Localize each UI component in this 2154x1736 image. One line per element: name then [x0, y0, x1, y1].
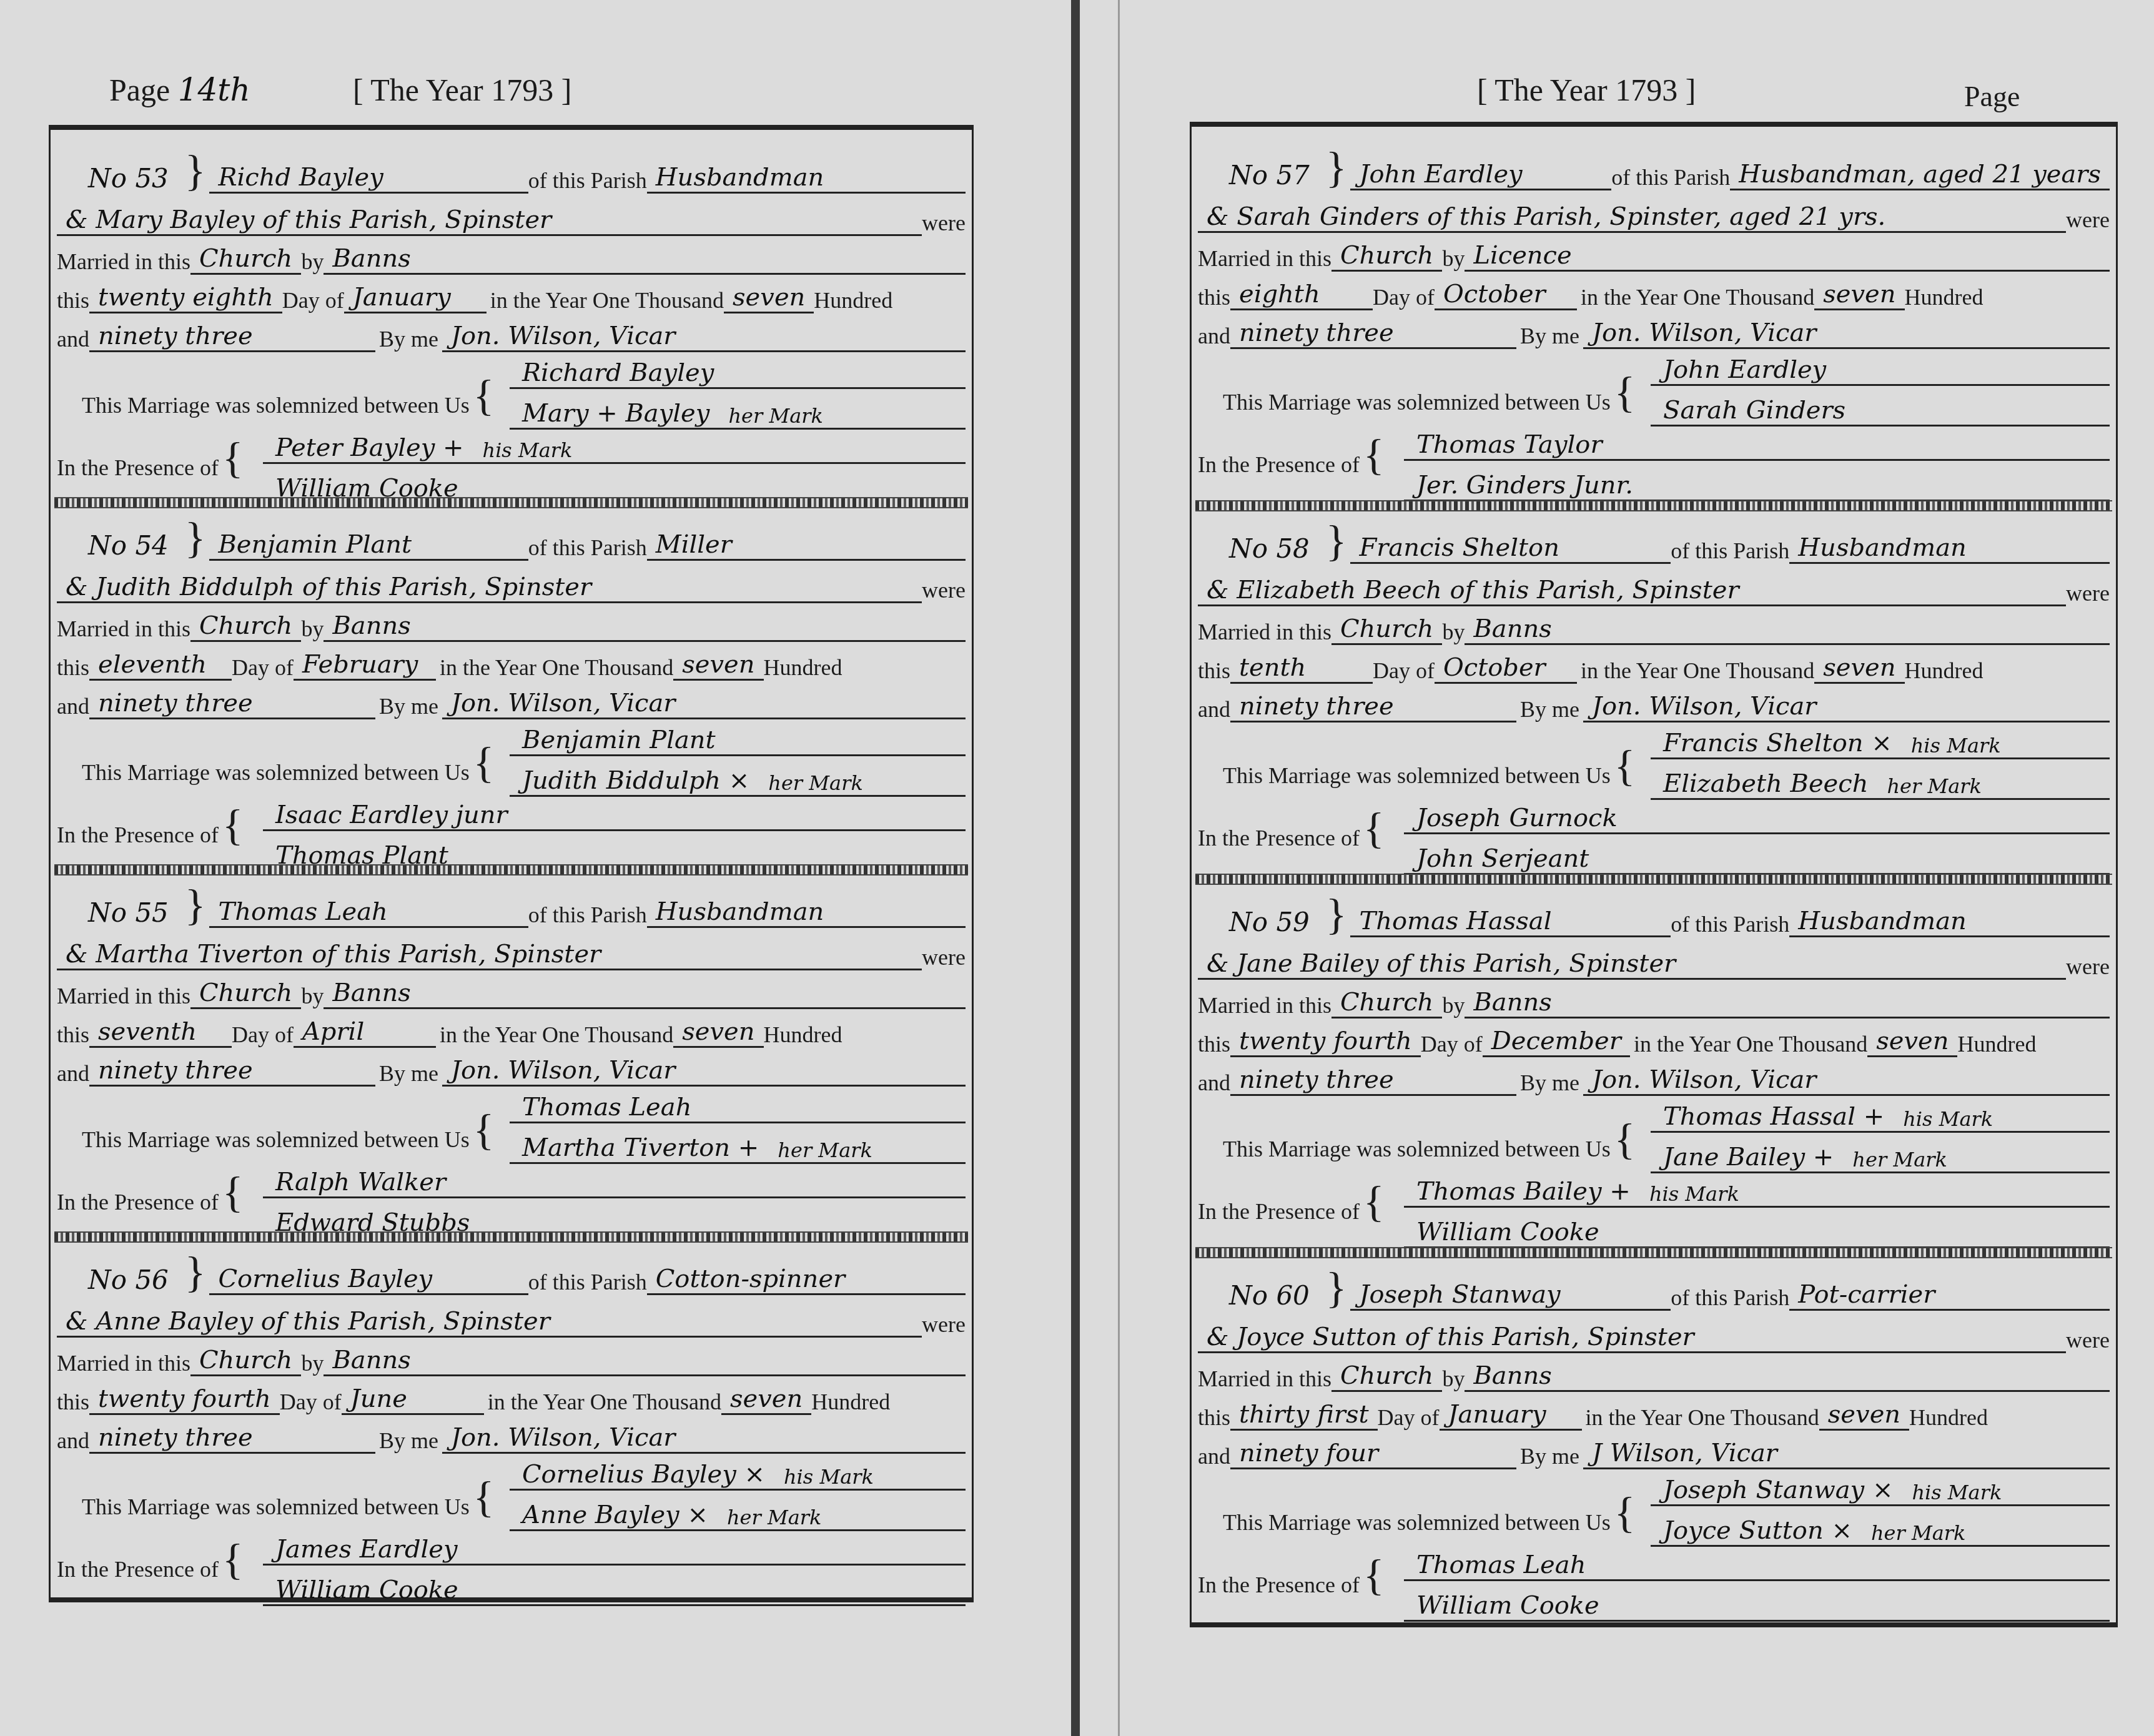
- signatures: John EardleySarah Ginders: [1651, 345, 2110, 427]
- groom-name: John Eardley: [1350, 160, 1611, 190]
- hundred-label: Hundred: [764, 1022, 842, 1048]
- signature-groom: Francis Shelton ×his Mark: [1651, 719, 2110, 759]
- this-label: this: [1198, 1031, 1230, 1057]
- officiant-field: Jon. Wilson, Vicar: [1583, 692, 2110, 723]
- hundred-label: Hundred: [1905, 658, 1984, 684]
- church-field: Church: [1331, 614, 1442, 645]
- married-in-label: Married in this: [57, 249, 190, 275]
- signature-groom: Thomas Leah: [510, 1083, 966, 1123]
- presence-label: In the Presence of: [57, 455, 219, 481]
- bride-line: & Elizabeth Beech of this Parish, Spinst…: [1198, 576, 2066, 606]
- groom-occupation: Husbandman: [1789, 533, 2110, 564]
- gutter-fold-line: [1118, 0, 1120, 1736]
- hundred-label: Hundred: [764, 654, 842, 681]
- bride-line: & Jane Bailey of this Parish, Spinster: [1198, 949, 2066, 980]
- brace-icon: {: [473, 1476, 495, 1520]
- entry-number: No 54: [88, 530, 169, 561]
- brace-icon: {: [1363, 1181, 1385, 1225]
- by-label: by: [1442, 992, 1465, 1018]
- of-this-parish-label: of this Parish: [528, 535, 647, 561]
- were-label: were: [922, 577, 966, 603]
- brace-icon: {: [222, 1539, 244, 1582]
- signature-groom: Joseph Stanway ×his Mark: [1651, 1466, 2110, 1506]
- century-field: seven: [721, 1384, 811, 1415]
- signature-groom: Cornelius Bayley ×his Mark: [510, 1450, 966, 1491]
- century-field: seven: [724, 283, 814, 313]
- century-field: seven: [673, 650, 763, 681]
- month-field: December: [1483, 1027, 1630, 1057]
- register-entry: No 57}John Eardleyof this ParishHusbandm…: [1192, 127, 2116, 500]
- signature-groom: John Eardley: [1651, 345, 2110, 386]
- ornamental-divider: [54, 497, 968, 508]
- groom-name: Benjamin Plant: [209, 530, 528, 561]
- by-me-label: By me: [379, 1060, 438, 1087]
- brace-icon: {: [222, 437, 244, 481]
- groom-name: Francis Shelton: [1350, 533, 1671, 564]
- ornamental-divider: [1195, 874, 2112, 885]
- and-label: and: [57, 326, 89, 352]
- signature-groom: Benjamin Plant: [510, 716, 966, 756]
- groom-name: Richd Bayley: [209, 163, 528, 194]
- married-in-label: Married in this: [1198, 245, 1331, 272]
- by-me-label: By me: [1520, 1443, 1579, 1469]
- day-of-label: Day of: [280, 1389, 342, 1415]
- brace-icon: {: [1363, 1554, 1385, 1598]
- left-page-header: Page 14th: [109, 72, 250, 108]
- witness-2: William Cooke: [1404, 1208, 2110, 1248]
- right-page-label: Page: [1964, 80, 2020, 113]
- and-label: and: [1198, 323, 1230, 349]
- hundred-label: Hundred: [811, 1389, 890, 1415]
- this-label: this: [57, 287, 89, 313]
- were-label: were: [2066, 580, 2110, 606]
- by-label: by: [301, 616, 324, 642]
- brace-icon: }: [185, 517, 206, 561]
- witness-1: Peter Bayley +his Mark: [263, 423, 966, 464]
- month-field: January: [344, 283, 487, 313]
- signatures: Thomas Hassal +his MarkJane Bailey +her …: [1651, 1092, 2110, 1173]
- brace-icon: {: [1614, 1118, 1636, 1162]
- of-this-parish-label: of this Parish: [1671, 911, 1789, 937]
- church-field: Church: [1331, 1361, 1442, 1392]
- in-the-year-label: in the Year One Thousand: [440, 1022, 673, 1048]
- presence-label: In the Presence of: [1198, 451, 1360, 478]
- by-me-label: By me: [1520, 1070, 1579, 1096]
- were-label: were: [922, 944, 966, 970]
- of-this-parish-label: of this Parish: [1671, 1285, 1789, 1311]
- signatures: Benjamin PlantJudith Biddulph ×her Mark: [510, 716, 966, 797]
- register-entry: No 54}Benjamin Plantof this ParishMiller…: [51, 497, 972, 864]
- this-label: this: [57, 654, 89, 681]
- and-label: and: [1198, 696, 1230, 723]
- banns-or-licence: Banns: [324, 611, 966, 642]
- year-words-field: ninety three: [1230, 692, 1516, 723]
- day-of-label: Day of: [1421, 1031, 1483, 1057]
- entry-number: No 60: [1229, 1280, 1310, 1311]
- church-field: Church: [190, 979, 301, 1009]
- solemnized-label: This Marriage was solemnized between Us: [1223, 1509, 1611, 1536]
- by-me-label: By me: [379, 693, 438, 719]
- by-label: by: [1442, 1366, 1465, 1392]
- month-field: January: [1440, 1400, 1582, 1431]
- by-me-label: By me: [1520, 696, 1579, 723]
- day-of-label: Day of: [232, 654, 294, 681]
- ornamental-divider: [54, 864, 968, 875]
- in-the-year-label: in the Year One Thousand: [1586, 1404, 1819, 1431]
- day-field: seventh: [89, 1017, 232, 1048]
- day-field: twenty fourth: [89, 1384, 280, 1415]
- were-label: were: [2066, 207, 2110, 233]
- signatures: Cornelius Bayley ×his MarkAnne Bayley ×h…: [510, 1450, 966, 1531]
- officiant-field: Jon. Wilson, Vicar: [1583, 318, 2110, 349]
- banns-or-licence: Banns: [1465, 1361, 2110, 1392]
- brace-icon: {: [1363, 807, 1385, 851]
- groom-occupation: Pot-carrier: [1789, 1280, 2110, 1311]
- year-words-field: ninety three: [89, 689, 375, 719]
- brace-icon: }: [1326, 1267, 1347, 1311]
- bride-line: & Anne Bayley of this Parish, Spinster: [57, 1307, 922, 1338]
- solemnized-label: This Marriage was solemnized between Us: [82, 392, 470, 418]
- this-label: this: [57, 1389, 89, 1415]
- banns-or-licence: Banns: [1465, 988, 2110, 1018]
- presence-label: In the Presence of: [1198, 825, 1360, 851]
- register-entry: No 55}Thomas Leahof this ParishHusbandma…: [51, 864, 972, 1231]
- register-entry: No 60}Joseph Stanwayof this ParishPot-ca…: [1192, 1247, 2116, 1620]
- month-field: October: [1435, 653, 1577, 684]
- witness-1: Thomas Leah: [1404, 1541, 2110, 1581]
- day-field: twenty eighth: [89, 283, 282, 313]
- brace-icon: }: [1326, 147, 1347, 190]
- year-words-field: ninety four: [1230, 1439, 1516, 1469]
- married-in-label: Married in this: [57, 616, 190, 642]
- by-label: by: [301, 1350, 324, 1376]
- hundred-label: Hundred: [1905, 284, 1984, 310]
- hundred-label: Hundred: [1957, 1031, 2036, 1057]
- year-words-field: ninety three: [89, 1423, 375, 1454]
- century-field: seven: [673, 1017, 763, 1048]
- married-in-label: Married in this: [1198, 992, 1331, 1018]
- groom-occupation: Husbandman: [647, 163, 966, 194]
- solemnized-label: This Marriage was solemnized between Us: [1223, 389, 1611, 415]
- register-entry: No 58}Francis Sheltonof this ParishHusba…: [1192, 500, 2116, 874]
- this-label: this: [1198, 658, 1230, 684]
- presence-label: In the Presence of: [57, 822, 219, 848]
- this-label: this: [1198, 1404, 1230, 1431]
- officiant-field: Jon. Wilson, Vicar: [442, 1056, 966, 1087]
- of-this-parish-label: of this Parish: [528, 167, 647, 194]
- entry-number: No 58: [1229, 533, 1310, 564]
- in-the-year-label: in the Year One Thousand: [490, 287, 724, 313]
- and-label: and: [57, 1428, 89, 1454]
- witnesses: Isaac Eardley junrThomas Plant: [263, 791, 966, 872]
- presence-label: In the Presence of: [57, 1189, 219, 1215]
- entry-number: No 56: [88, 1265, 169, 1295]
- ornamental-divider: [1195, 500, 2112, 511]
- brace-icon: }: [185, 884, 206, 928]
- church-field: Church: [190, 244, 301, 275]
- solemnized-label: This Marriage was solemnized between Us: [1223, 1136, 1611, 1162]
- century-field: seven: [1867, 1027, 1957, 1057]
- groom-occupation: Husbandman: [647, 897, 966, 928]
- brace-icon: }: [185, 150, 206, 194]
- signatures: Francis Shelton ×his MarkElizabeth Beech…: [1651, 719, 2110, 800]
- by-label: by: [1442, 245, 1465, 272]
- witness-1: Isaac Eardley junr: [263, 791, 966, 831]
- year-words-field: ninety three: [89, 322, 375, 352]
- and-label: and: [57, 693, 89, 719]
- married-in-label: Married in this: [57, 983, 190, 1009]
- day-field: tenth: [1230, 653, 1373, 684]
- month-field: June: [342, 1384, 484, 1415]
- month-field: April: [294, 1017, 436, 1048]
- groom-name: Cornelius Bayley: [209, 1265, 528, 1295]
- brace-icon: }: [185, 1251, 206, 1295]
- solemnized-label: This Marriage was solemnized between Us: [82, 759, 470, 786]
- entry-number: No 59: [1229, 907, 1310, 937]
- witness-1: Thomas Taylor: [1404, 420, 2110, 461]
- signatures: Thomas LeahMartha Tiverton +her Mark: [510, 1083, 966, 1164]
- officiant-field: Jon. Wilson, Vicar: [1583, 1065, 2110, 1096]
- register-entry: No 53}Richd Bayleyof this ParishHusbandm…: [51, 130, 972, 497]
- month-field: February: [294, 650, 436, 681]
- day-of-label: Day of: [1378, 1404, 1440, 1431]
- witness-2: Jer. Ginders Junr.: [1404, 461, 2110, 501]
- entry-number: No 57: [1229, 160, 1310, 190]
- register-entry: No 56}Cornelius Bayleyof this ParishCott…: [51, 1231, 972, 1599]
- witnesses: Thomas TaylorJer. Ginders Junr.: [1404, 420, 2110, 501]
- right-register-box: No 57}John Eardleyof this ParishHusbandm…: [1190, 122, 2118, 1627]
- were-label: were: [2066, 954, 2110, 980]
- page-number: 14th: [178, 72, 250, 108]
- by-me-label: By me: [379, 1428, 438, 1454]
- brace-icon: {: [1614, 372, 1636, 415]
- year-words-field: ninety three: [1230, 318, 1516, 349]
- witnesses: Thomas LeahWilliam Cooke: [1404, 1541, 2110, 1622]
- and-label: and: [1198, 1070, 1230, 1096]
- witnesses: Ralph WalkerEdward Stubbs: [263, 1158, 966, 1239]
- day-field: eleventh: [89, 650, 232, 681]
- ornamental-divider: [1195, 1247, 2112, 1258]
- this-label: this: [57, 1022, 89, 1048]
- brace-icon: }: [1326, 520, 1347, 564]
- church-field: Church: [1331, 241, 1442, 272]
- in-the-year-label: in the Year One Thousand: [1581, 284, 1814, 310]
- groom-name: Thomas Hassal: [1350, 907, 1671, 937]
- were-label: were: [922, 210, 966, 236]
- church-field: Church: [190, 1346, 301, 1376]
- day-of-label: Day of: [1373, 284, 1435, 310]
- brace-icon: {: [473, 742, 495, 786]
- signatures: Joseph Stanway ×his MarkJoyce Sutton ×he…: [1651, 1466, 2110, 1547]
- ornamental-divider: [54, 1231, 968, 1243]
- witness-1: Joseph Gurnock: [1404, 794, 2110, 834]
- in-the-year-label: in the Year One Thousand: [440, 654, 673, 681]
- church-field: Church: [190, 611, 301, 642]
- of-this-parish-label: of this Parish: [528, 902, 647, 928]
- groom-name: Joseph Stanway: [1350, 1280, 1671, 1311]
- witness-1: James Eardley: [263, 1525, 966, 1566]
- bride-line: & Mary Bayley of this Parish, Spinster: [57, 205, 922, 236]
- were-label: were: [2066, 1327, 2110, 1353]
- banns-or-licence: Banns: [1465, 614, 2110, 645]
- entry-number: No 55: [88, 897, 169, 928]
- witness-1: Thomas Bailey +his Mark: [1404, 1167, 2110, 1208]
- brace-icon: }: [1326, 894, 1347, 937]
- solemnized-label: This Marriage was solemnized between Us: [82, 1127, 470, 1153]
- register-entry: No 59}Thomas Hassalof this ParishHusband…: [1192, 874, 2116, 1247]
- by-label: by: [301, 983, 324, 1009]
- brace-icon: {: [473, 1109, 495, 1153]
- year-words-field: ninety three: [1230, 1065, 1516, 1096]
- brace-icon: {: [1614, 1492, 1636, 1536]
- banns-or-licence: Banns: [324, 1346, 966, 1376]
- signatures: Richard BayleyMary + Bayleyher Mark: [510, 348, 966, 430]
- groom-occupation: Miller: [647, 530, 966, 561]
- left-year-label: [ The Year 1793 ]: [353, 72, 571, 108]
- day-of-label: Day of: [1373, 658, 1435, 684]
- married-in-label: Married in this: [57, 1350, 190, 1376]
- bride-line: & Martha Tiverton of this Parish, Spinst…: [57, 940, 922, 970]
- by-label: by: [1442, 619, 1465, 645]
- brace-icon: {: [1363, 434, 1385, 478]
- witnesses: James EardleyWilliam Cooke: [263, 1525, 966, 1606]
- century-field: seven: [1819, 1400, 1909, 1431]
- presence-label: In the Presence of: [1198, 1572, 1360, 1598]
- day-field: twenty fourth: [1230, 1027, 1421, 1057]
- by-label: by: [301, 249, 324, 275]
- and-label: and: [57, 1060, 89, 1087]
- right-year-label: [ The Year 1793 ]: [1477, 72, 1696, 108]
- page-label: Page: [109, 72, 170, 107]
- witnesses: Peter Bayley +his MarkWilliam Cooke: [263, 423, 966, 505]
- signature-groom: Thomas Hassal +his Mark: [1651, 1092, 2110, 1133]
- officiant-field: Jon. Wilson, Vicar: [442, 1423, 966, 1454]
- signature-groom: Richard Bayley: [510, 348, 966, 389]
- day-field: thirty first: [1230, 1400, 1378, 1431]
- bride-line: & Sarah Ginders of this Parish, Spinster…: [1198, 202, 2066, 233]
- brace-icon: {: [222, 804, 244, 848]
- month-field: October: [1435, 280, 1577, 310]
- entry-number: No 53: [88, 163, 169, 194]
- bride-line: & Judith Biddulph of this Parish, Spinst…: [57, 573, 922, 603]
- groom-occupation: Husbandman, aged 21 years: [1730, 160, 2110, 190]
- solemnized-label: This Marriage was solemnized between Us: [82, 1494, 470, 1520]
- year-words-field: ninety three: [89, 1056, 375, 1087]
- of-this-parish-label: of this Parish: [528, 1269, 647, 1295]
- officiant-field: J Wilson, Vicar: [1583, 1439, 2110, 1469]
- this-label: this: [1198, 284, 1230, 310]
- day-of-label: Day of: [232, 1022, 294, 1048]
- of-this-parish-label: of this Parish: [1671, 538, 1789, 564]
- brace-icon: {: [1614, 745, 1636, 789]
- banns-or-licence: Banns: [324, 244, 966, 275]
- day-of-label: Day of: [282, 287, 344, 313]
- witness-2: William Cooke: [263, 1566, 966, 1606]
- hundred-label: Hundred: [1909, 1404, 1988, 1431]
- in-the-year-label: in the Year One Thousand: [488, 1389, 721, 1415]
- witnesses: Thomas Bailey +his MarkWilliam Cooke: [1404, 1167, 2110, 1248]
- bride-line: & Joyce Sutton of this Parish, Spinster: [1198, 1323, 2066, 1353]
- witness-2: William Cooke: [1404, 1581, 2110, 1622]
- by-me-label: By me: [379, 326, 438, 352]
- century-field: seven: [1814, 653, 1904, 684]
- by-me-label: By me: [1520, 323, 1579, 349]
- presence-label: In the Presence of: [1198, 1198, 1360, 1225]
- church-field: Church: [1331, 988, 1442, 1018]
- witnesses: Joseph GurnockJohn Serjeant: [1404, 794, 2110, 875]
- brace-icon: {: [222, 1171, 244, 1215]
- groom-occupation: Cotton-spinner: [647, 1265, 966, 1295]
- left-register-box: No 53}Richd Bayleyof this ParishHusbandm…: [49, 125, 974, 1602]
- officiant-field: Jon. Wilson, Vicar: [442, 689, 966, 719]
- banns-or-licence: Banns: [324, 979, 966, 1009]
- in-the-year-label: in the Year One Thousand: [1581, 658, 1814, 684]
- presence-label: In the Presence of: [57, 1556, 219, 1582]
- banns-or-licence: Licence: [1465, 241, 2110, 272]
- witness-1: Ralph Walker: [263, 1158, 966, 1198]
- groom-occupation: Husbandman: [1789, 907, 2110, 937]
- solemnized-label: This Marriage was solemnized between Us: [1223, 762, 1611, 789]
- married-in-label: Married in this: [1198, 1366, 1331, 1392]
- brace-icon: {: [473, 375, 495, 418]
- married-in-label: Married in this: [1198, 619, 1331, 645]
- hundred-label: Hundred: [814, 287, 892, 313]
- of-this-parish-label: of this Parish: [1611, 164, 1730, 190]
- groom-name: Thomas Leah: [209, 897, 528, 928]
- were-label: were: [922, 1311, 966, 1338]
- book-gutter: [1071, 0, 1080, 1736]
- officiant-field: Jon. Wilson, Vicar: [442, 322, 966, 352]
- day-field: eighth: [1230, 280, 1373, 310]
- witness-2: John Serjeant: [1404, 834, 2110, 875]
- and-label: and: [1198, 1443, 1230, 1469]
- in-the-year-label: in the Year One Thousand: [1634, 1031, 1867, 1057]
- century-field: seven: [1814, 280, 1904, 310]
